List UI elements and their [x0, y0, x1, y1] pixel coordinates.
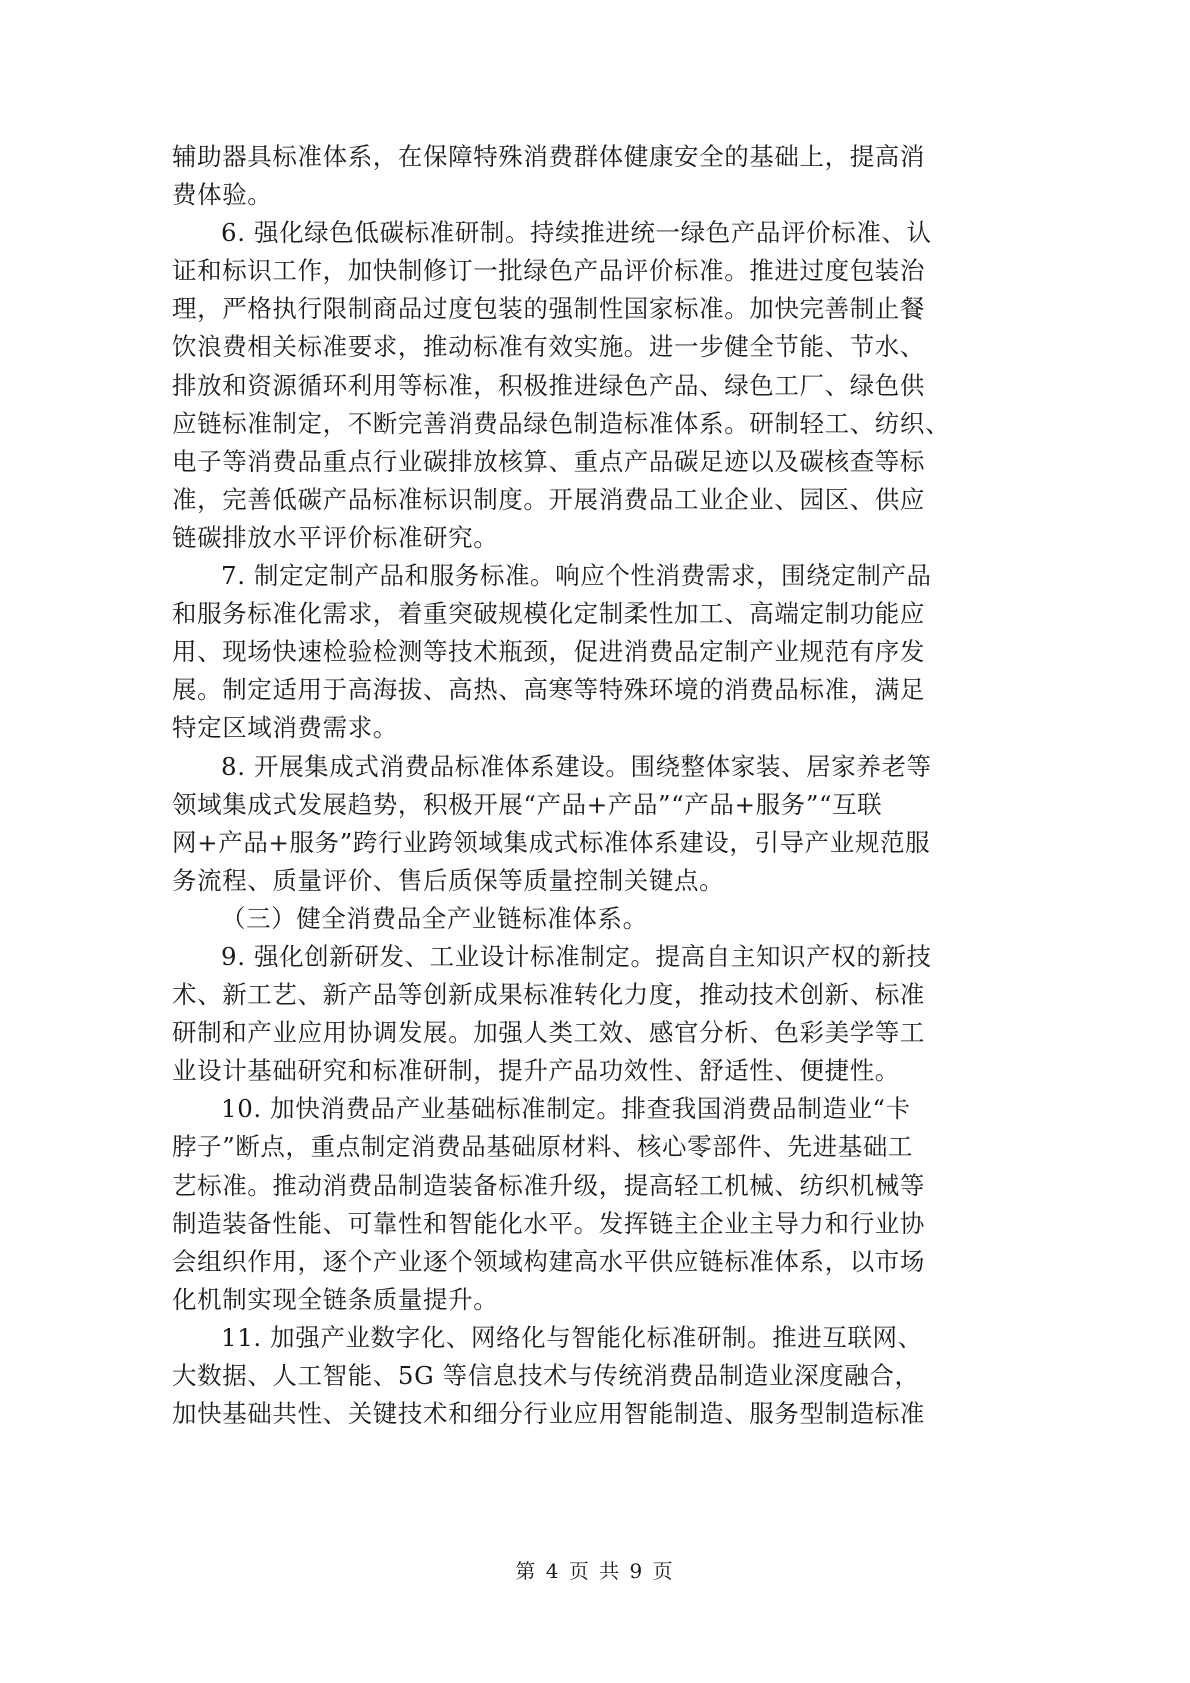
- text-line: 网+产品+服务”跨行业跨领域集成式标准体系建设，引导产业规范服: [172, 824, 942, 862]
- text-line: （三）健全消费品全产业链标准体系。: [172, 900, 942, 938]
- text-line: 领域集成式发展趋势，积极开展“产品+产品”“产品+服务”“互联: [172, 786, 942, 824]
- text-line: 和服务标准化需求，着重突破规模化定制柔性加工、高端定制功能应: [172, 595, 942, 633]
- document-page: 辅助器具标准体系，在保障特殊消费群体健康安全的基础上，提高消费体验。6. 强化绿…: [0, 0, 1190, 1683]
- text-line: 化机制实现全链条质量提升。: [172, 1281, 942, 1319]
- text-line: 电子等消费品重点行业碳排放核算、重点产品碳足迹以及碳核查等标: [172, 443, 942, 481]
- text-line: 加快基础共性、关键技术和细分行业应用智能制造、服务型制造标准: [172, 1395, 942, 1433]
- text-line: 链碳排放水平评价标准研究。: [172, 519, 942, 557]
- text-line: 理，严格执行限制商品过度包装的强制性国家标准。加快完善制止餐: [172, 290, 942, 328]
- text-line: 会组织作用，逐个产业逐个领域构建高水平供应链标准体系，以市场: [172, 1243, 942, 1281]
- text-line: 应链标准制定，不断完善消费品绿色制造标准体系。研制轻工、纺织、: [172, 405, 942, 443]
- text-line: 7. 制定定制产品和服务标准。响应个性消费需求，围绕定制产品: [172, 557, 942, 595]
- text-line: 用、现场快速检验检测等技术瓶颈，促进消费品定制产业规范有序发: [172, 633, 942, 671]
- page-footer: 第 4 页 共 9 页: [0, 1555, 1190, 1584]
- text-line: 6. 强化绿色低碳标准研制。持续推进统一绿色产品评价标准、认: [172, 214, 942, 252]
- body-text: 辅助器具标准体系，在保障特殊消费群体健康安全的基础上，提高消费体验。6. 强化绿…: [172, 138, 942, 1433]
- text-line: 证和标识工作，加快制修订一批绿色产品评价标准。推进过度包装治: [172, 252, 942, 290]
- text-line: 制造装备性能、可靠性和智能化水平。发挥链主企业主导力和行业协: [172, 1205, 942, 1243]
- text-line: 8. 开展集成式消费品标准体系建设。围绕整体家装、居家养老等: [172, 748, 942, 786]
- text-line: 9. 强化创新研发、工业设计标准制定。提高自主知识产权的新技: [172, 938, 942, 976]
- text-line: 展。制定适用于高海拔、高热、高寒等特殊环境的消费品标准，满足: [172, 671, 942, 709]
- text-line: 费体验。: [172, 176, 942, 214]
- text-line: 务流程、质量评价、售后质保等质量控制关键点。: [172, 862, 942, 900]
- text-line: 特定区域消费需求。: [172, 709, 942, 747]
- text-line: 研制和产业应用协调发展。加强人类工效、感官分析、色彩美学等工: [172, 1014, 942, 1052]
- text-line: 准，完善低碳产品标准标识制度。开展消费品工业企业、园区、供应: [172, 481, 942, 519]
- text-line: 艺标准。推动消费品制造装备标准升级，提高轻工机械、纺织机械等: [172, 1167, 942, 1205]
- text-line: 辅助器具标准体系，在保障特殊消费群体健康安全的基础上，提高消: [172, 138, 942, 176]
- text-line: 脖子”断点，重点制定消费品基础原材料、核心零部件、先进基础工: [172, 1128, 942, 1166]
- text-line: 术、新工艺、新产品等创新成果标准转化力度，推动技术创新、标准: [172, 976, 942, 1014]
- text-line: 大数据、人工智能、5G 等信息技术与传统消费品制造业深度融合，: [172, 1357, 942, 1395]
- text-line: 11. 加强产业数字化、网络化与智能化标准研制。推进互联网、: [172, 1319, 942, 1357]
- text-line: 业设计基础研究和标准研制，提升产品功效性、舒适性、便捷性。: [172, 1052, 942, 1090]
- text-line: 排放和资源循环利用等标准，积极推进绿色产品、绿色工厂、绿色供: [172, 367, 942, 405]
- text-line: 10. 加快消费品产业基础标准制定。排查我国消费品制造业“卡: [172, 1090, 942, 1128]
- text-line: 饮浪费相关标准要求，推动标准有效实施。进一步健全节能、节水、: [172, 328, 942, 366]
